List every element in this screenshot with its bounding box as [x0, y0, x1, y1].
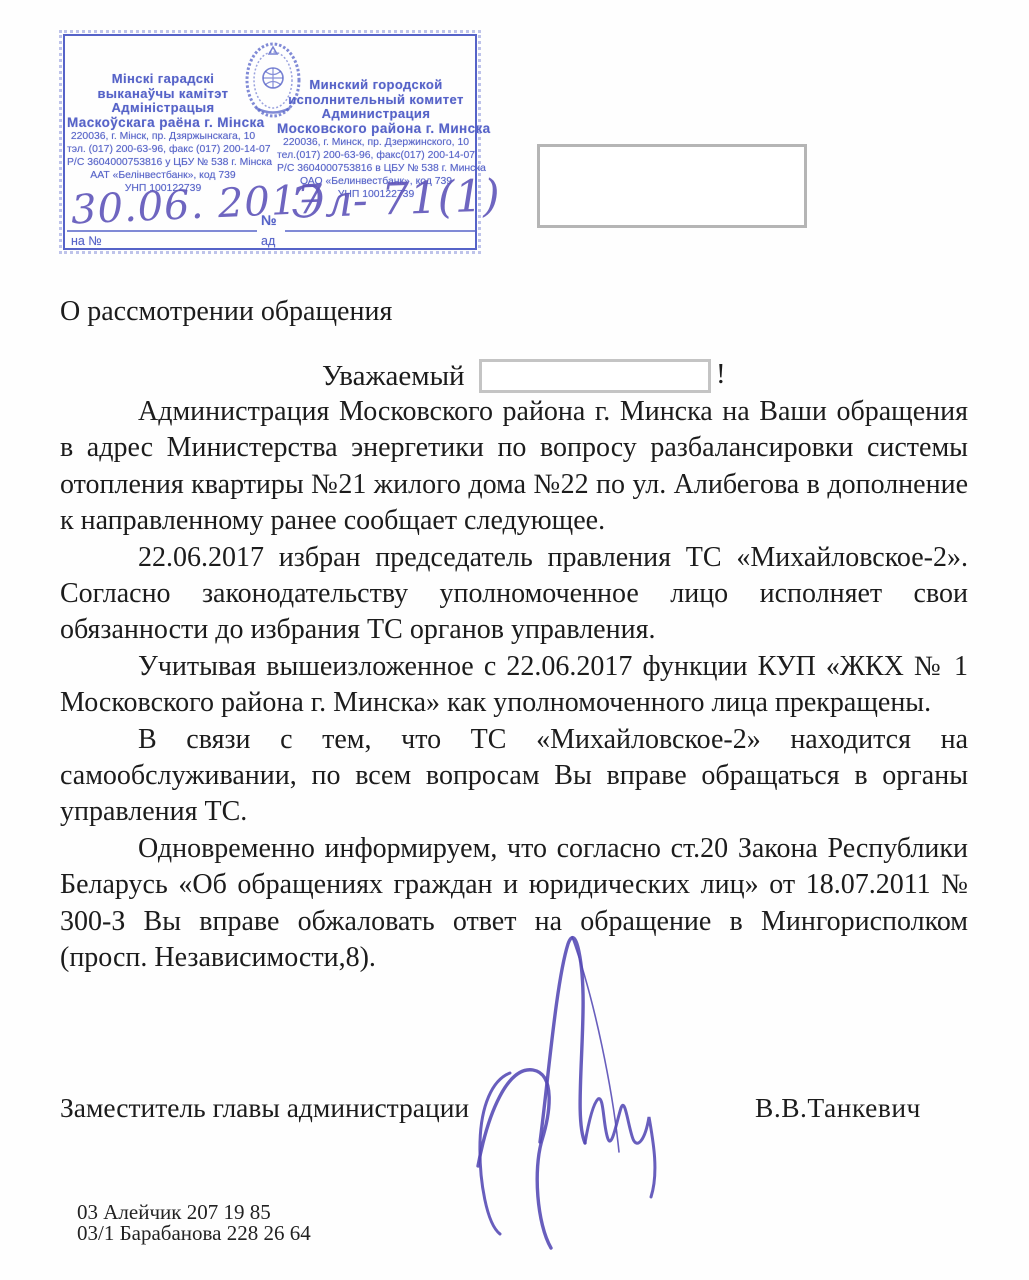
- body-paragraph: В связи с тем, что ТС «Михайловское-2» н…: [60, 722, 968, 831]
- contact-line: 03/1 Барабанова 228 26 64: [77, 1223, 311, 1244]
- detail-line: 220036, г. Мінск, пр. Дзяржынскага, 10: [67, 130, 259, 143]
- letter-body: Администрация Московского района г. Минс…: [60, 394, 968, 977]
- stamp-left-column: Мінскі гарадскі выканаўчы камітэт Адміні…: [67, 72, 259, 195]
- body-paragraph: Одновременно информируем, что согласно с…: [60, 831, 968, 977]
- contact-line: 03 Алейчик 207 19 85: [77, 1202, 311, 1223]
- body-paragraph: 22.06.2017 избран председатель правления…: [60, 540, 968, 649]
- org-line: Минский городской: [277, 78, 475, 93]
- org-line: Маскоўскага раёна г. Мінска: [67, 116, 259, 131]
- salutation-exclamation: !: [716, 358, 726, 391]
- letterhead-stamp: Мінскі гарадскі выканаўчы камітэт Адміні…: [63, 34, 477, 250]
- na-no-underline: [109, 248, 257, 249]
- handwritten-number: Эл- 71(1): [290, 170, 501, 228]
- number-underline: [285, 230, 475, 232]
- body-paragraph: Учитывая вышеизложенное с 22.06.2017 фун…: [60, 649, 968, 722]
- date-underline: [67, 230, 257, 232]
- na-no-label: на №: [71, 234, 102, 248]
- subject-line: О рассмотрении обращения: [60, 296, 392, 328]
- handwritten-date: 30.06. 2017: [70, 177, 325, 234]
- body-paragraph: Администрация Московского района г. Минс…: [60, 394, 968, 540]
- detail-line: тел.(017) 200-63-96, факс(017) 200-14-07: [277, 149, 475, 162]
- detail-line: тэл. (017) 200-63-96, факс (017) 200-14-…: [67, 143, 259, 156]
- org-line: Администрация: [277, 107, 475, 122]
- footer-contacts: 03 Алейчик 207 19 85 03/1 Барабанова 228…: [77, 1202, 311, 1244]
- number-sign-label: №: [261, 212, 277, 228]
- ad-underline: [281, 248, 473, 249]
- org-line: выканаўчы камітэт: [67, 87, 259, 102]
- detail-line: 220036, г. Минск, пр. Дзержинского, 10: [277, 136, 475, 149]
- org-line: Мінскі гарадскі: [67, 72, 259, 87]
- recipient-redaction-box: [537, 144, 807, 228]
- scanned-letter-page: Мінскі гарадскі выканаўчы камітэт Адміні…: [0, 0, 1029, 1280]
- salutation-prefix: Уважаемый: [322, 360, 465, 393]
- name-redaction-box: [479, 359, 711, 393]
- ad-label: ад: [261, 234, 275, 248]
- org-line: Московского района г. Минска: [277, 122, 475, 137]
- detail-line: Р/С 3604000753816 у ЦБУ № 538 г. Мінска: [67, 156, 259, 169]
- org-line: Адміністрацыя: [67, 101, 259, 116]
- org-line: исполнительный комитет: [277, 93, 475, 108]
- signature-title: Заместитель главы администрации: [60, 1092, 469, 1124]
- signature-name: В.В.Танкевич: [755, 1092, 921, 1124]
